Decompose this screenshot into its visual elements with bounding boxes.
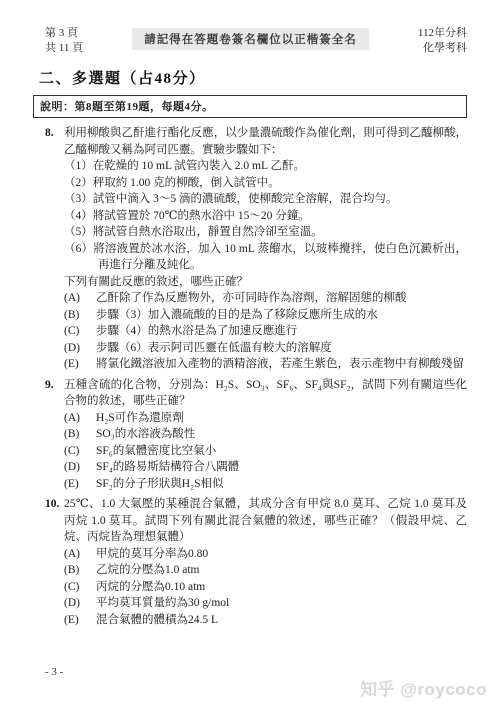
- page-count-block: 第 3 頁 共 11 頁: [45, 26, 83, 56]
- option-text: 甲烷的莫耳分率為0.80: [96, 548, 208, 560]
- footer-page-number: - 3 -: [45, 666, 63, 678]
- option-label: (B): [64, 307, 96, 324]
- option-a: (A)H₂S可作為還原劑: [64, 410, 467, 427]
- option-text: 混合氣體的體積為24.5 L: [96, 614, 218, 626]
- question-number: 8.: [45, 125, 64, 373]
- question-number: 9.: [45, 377, 64, 493]
- option-label: (B): [64, 426, 96, 443]
- option-label: (C): [64, 579, 96, 596]
- option-text: 乙酐除了作為反應物外，亦可同時作為溶劑，溶解固態的柳酸: [96, 292, 407, 304]
- question-intro: 利用柳酸與乙酐進行酯化反應，以少量濃硫酸作為催化劑，則可得到乙醯柳酸，乙醯柳酸又…: [64, 125, 467, 158]
- experiment-step: （4）將試管置於 70℃的熱水浴中 15～20 分鐘。: [64, 208, 467, 225]
- option-label: (B): [64, 562, 96, 579]
- experiment-step: （2）秤取約 1.00 克的柳酸，倒入試管中。: [64, 175, 467, 192]
- option-label: (E): [64, 356, 96, 373]
- option-text: 丙烷的分壓為0.10 atm: [96, 581, 205, 593]
- option-a: (A)甲烷的莫耳分率為0.80: [64, 546, 467, 563]
- section-title: 二、多選題（占48分）: [39, 67, 467, 88]
- experiment-step: （5）將試管自熱水浴取出，靜置自然冷卻至室溫。: [64, 224, 467, 241]
- option-e: (E)將氯化鐵溶液加入產物的酒精溶液，若產生紫色，表示產物中有柳酸殘留: [64, 356, 467, 373]
- question-9: 9. 五種含硫的化合物，分別為：H₂S、SO₃、SF₆、SF₄與SF₂，試問下列…: [45, 377, 467, 493]
- total-pages-label: 共 11 頁: [45, 41, 83, 56]
- option-text: 乙烷的分壓為1.0 atm: [96, 564, 200, 576]
- option-text: 平均莫耳質量約為30 g/mol: [96, 597, 229, 609]
- option-e: (E)SF₂的分子形狀與H₂S相似: [64, 476, 467, 493]
- option-text: 將氯化鐵溶液加入產物的酒精溶液，若產生紫色，表示產物中有柳酸殘留: [96, 358, 464, 370]
- option-b: (B)SO₃的水溶液為酸性: [64, 426, 467, 443]
- option-label: (D): [64, 595, 96, 612]
- option-text: SF₂的分子形狀與H₂S相似: [96, 478, 224, 490]
- option-text: H₂S可作為還原劑: [96, 412, 184, 424]
- signature-notice: 請記得在答題卷簽名欄位以正楷簽全名: [132, 28, 369, 50]
- option-label: (E): [64, 612, 96, 629]
- exam-page: 第 3 頁 共 11 頁 請記得在答題卷簽名欄位以正楷簽全名 112年分科 化學…: [0, 0, 500, 707]
- option-a: (A)乙酐除了作為反應物外，亦可同時作為溶劑，溶解固態的柳酸: [64, 290, 467, 307]
- option-text: SO₃的水溶液為酸性: [96, 428, 195, 440]
- option-label: (C): [64, 323, 96, 340]
- option-c: (C)步驟（4）的熱水浴是為了加速反應進行: [64, 323, 467, 340]
- question-8: 8. 利用柳酸與乙酐進行酯化反應，以少量濃硫酸作為催化劑，則可得到乙醯柳酸，乙醯…: [45, 125, 467, 373]
- option-b: (B)乙烷的分壓為1.0 atm: [64, 562, 467, 579]
- question-10: 10. 25℃、1.0 大氣壓的某種混合氣體，其成分含有甲烷 8.0 莫耳、乙烷…: [45, 496, 467, 628]
- option-text: SF₆的氣體密度比空氣小: [96, 445, 216, 457]
- option-text: 步驟（4）的熱水浴是為了加速反應進行: [96, 325, 297, 337]
- option-d: (D)平均莫耳質量約為30 g/mol: [64, 595, 467, 612]
- option-text: 步驟（6）表示阿司匹靈在低溫有較大的溶解度: [96, 342, 332, 354]
- exam-subject-label: 化學考科: [418, 41, 467, 56]
- question-body: 25℃、1.0 大氣壓的某種混合氣體，其成分含有甲烷 8.0 莫耳、乙烷 1.0…: [64, 496, 467, 628]
- current-page-label: 第 3 頁: [45, 26, 83, 41]
- question-number: 10.: [45, 496, 64, 628]
- option-c: (C)丙烷的分壓為0.10 atm: [64, 579, 467, 596]
- question-intro: 25℃、1.0 大氣壓的某種混合氣體，其成分含有甲烷 8.0 莫耳、乙烷 1.0…: [64, 496, 467, 546]
- experiment-step: （6）將溶液置於冰水浴，加入 10 mL 蒸餾水，以玻棒攪拌，使白色沉澱析出，再…: [64, 241, 467, 274]
- instruction-box: 說明：第8題至第19題，每題4分。: [33, 95, 467, 118]
- option-text: SF₄的路易斯結構符合八隅體: [96, 461, 239, 473]
- experiment-step: （3）試管中滴入 3～5 滴的濃硫酸，使柳酸完全溶解，混合均勻。: [64, 191, 467, 208]
- option-d: (D)步驟（6）表示阿司匹靈在低溫有較大的溶解度: [64, 340, 467, 357]
- option-c: (C)SF₆的氣體密度比空氣小: [64, 443, 467, 460]
- question-intro: 五種含硫的化合物，分別為：H₂S、SO₃、SF₆、SF₄與SF₂，試問下列有關這…: [64, 377, 467, 410]
- option-text: 步驟（3）加入濃硫酸的目的是為了移除反應所生成的水: [96, 309, 378, 321]
- option-d: (D)SF₄的路易斯結構符合八隅體: [64, 459, 467, 476]
- option-label: (A): [64, 290, 96, 307]
- page-header: 第 3 頁 共 11 頁 請記得在答題卷簽名欄位以正楷簽全名 112年分科 化學…: [45, 26, 467, 56]
- option-label: (E): [64, 476, 96, 493]
- option-label: (A): [64, 410, 96, 427]
- option-b: (B)步驟（3）加入濃硫酸的目的是為了移除反應所生成的水: [64, 307, 467, 324]
- question-body: 利用柳酸與乙酐進行酯化反應，以少量濃硫酸作為催化劑，則可得到乙醯柳酸，乙醯柳酸又…: [64, 125, 467, 373]
- option-label: (D): [64, 340, 96, 357]
- option-e: (E)混合氣體的體積為24.5 L: [64, 612, 467, 629]
- experiment-step: （1）在乾燥的 10 mL 試管內裝入 2.0 mL 乙酐。: [64, 158, 467, 175]
- option-label: (C): [64, 443, 96, 460]
- option-label: (D): [64, 459, 96, 476]
- watermark-text: 知乎 @roycoco: [360, 675, 487, 700]
- exam-title-block: 112年分科 化學考科: [418, 26, 467, 56]
- question-body: 五種含硫的化合物，分別為：H₂S、SO₃、SF₆、SF₄與SF₂，試問下列有關這…: [64, 377, 467, 493]
- exam-year-label: 112年分科: [418, 26, 467, 41]
- option-label: (A): [64, 546, 96, 563]
- question-prompt: 下列有關此反應的敘述，哪些正確？: [64, 274, 467, 291]
